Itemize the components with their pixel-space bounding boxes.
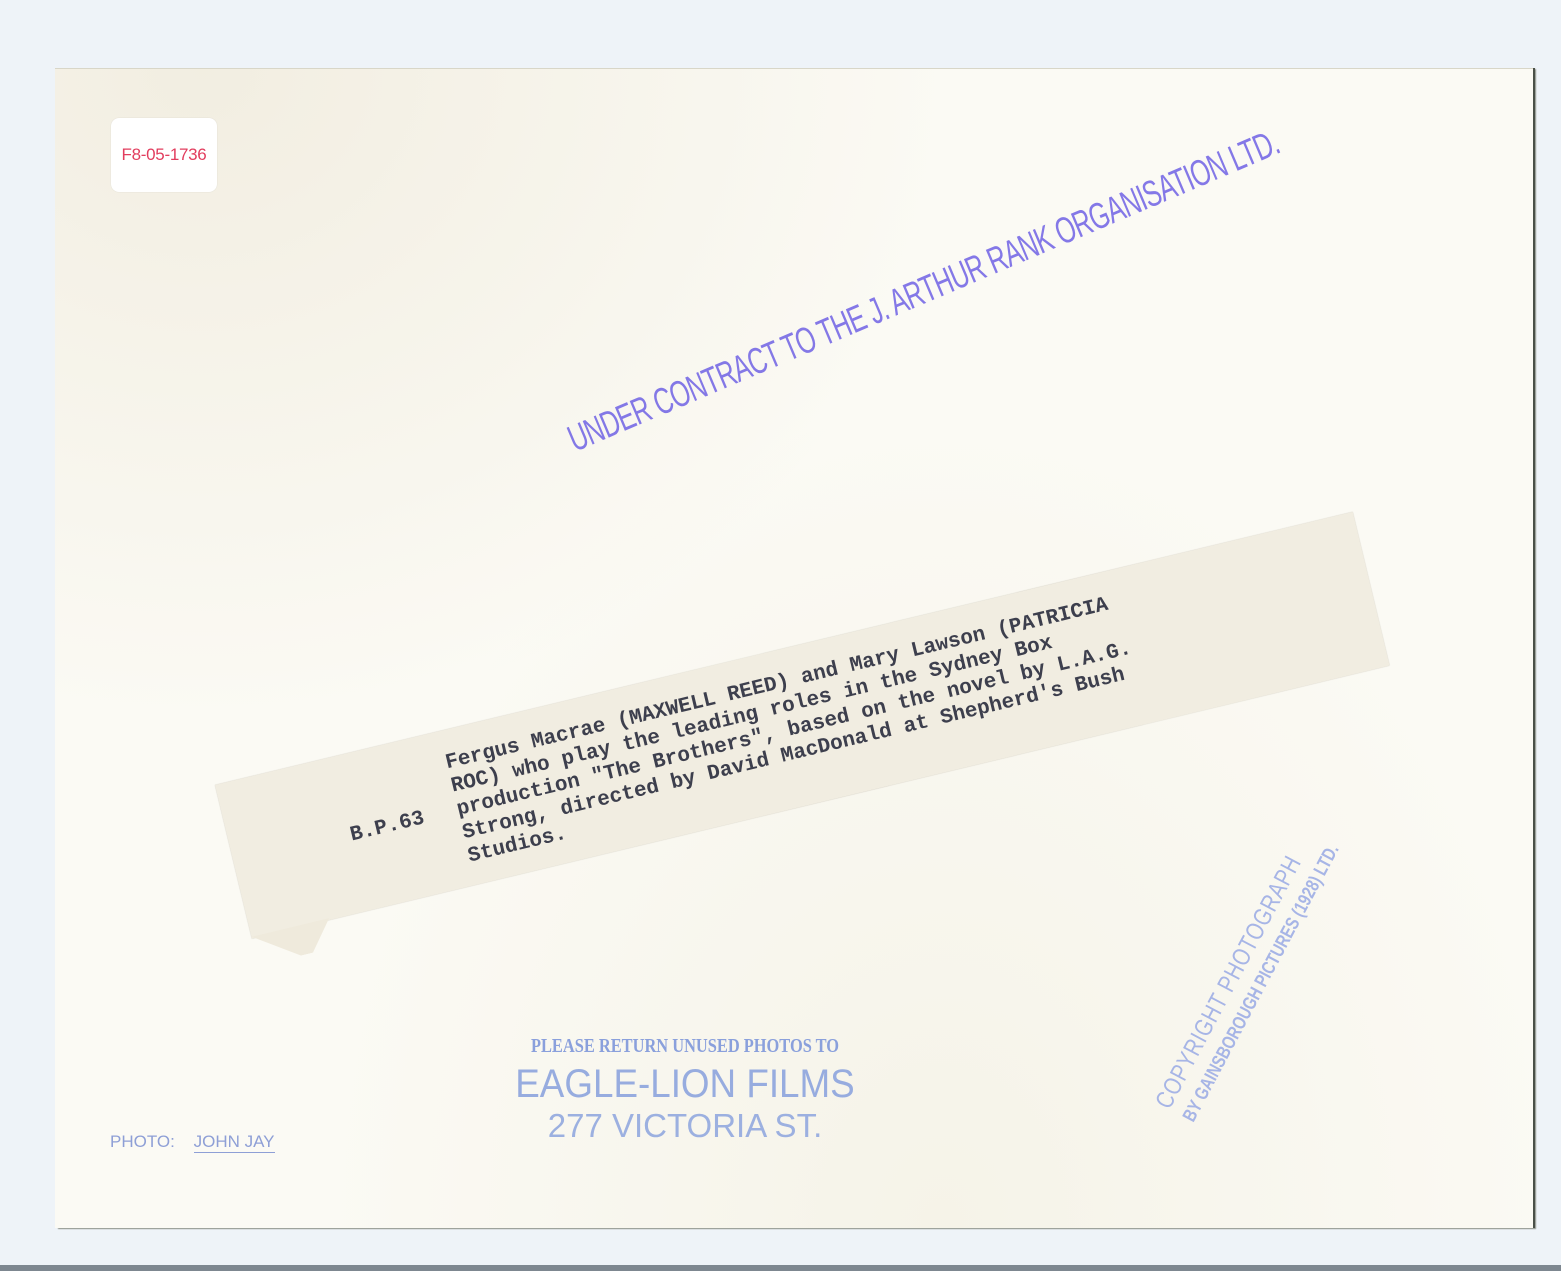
- photographer-name: JOHN JAY: [194, 1132, 275, 1153]
- archive-id-label: F8-05-1736: [111, 118, 217, 192]
- photographer-stamp: PHOTO: JOHN JAY: [110, 1132, 275, 1152]
- photographer-label: PHOTO:: [110, 1132, 175, 1151]
- eagle-lion-line-2: EAGLE-LION FILMS: [496, 1062, 873, 1106]
- caption-reference: B.P.63: [337, 761, 439, 895]
- archive-id-text: F8-05-1736: [122, 145, 207, 165]
- scan-bottom-edge: [0, 1265, 1561, 1271]
- eagle-lion-line-1: PLEASE RETURN UNUSED PHOTOS TO: [517, 1035, 853, 1058]
- eagle-lion-line-3: 277 VICTORIA ST.: [480, 1108, 890, 1144]
- eagle-lion-return-stamp: PLEASE RETURN UNUSED PHOTOS TO EAGLE-LIO…: [480, 1035, 890, 1144]
